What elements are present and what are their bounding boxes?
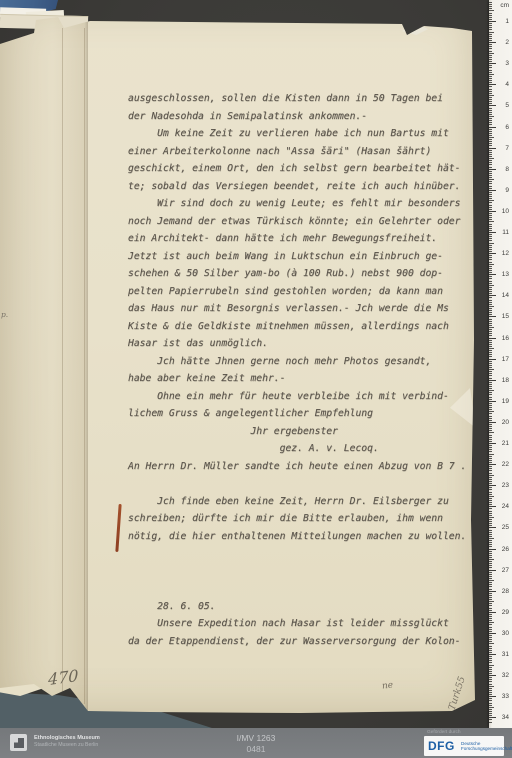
ruler-tick (489, 473, 492, 474)
ruler-tick (489, 209, 492, 210)
typed-line: Hasar ist das unmöglich. (128, 335, 474, 353)
typed-line: Jch finde eben keine Zeit, Herrn Dr. Eil… (128, 493, 474, 511)
ruler-tick (489, 428, 492, 429)
ruler-number: 19 (502, 398, 509, 405)
ruler-tick (489, 513, 492, 514)
ruler-tick (489, 399, 492, 400)
ruler-tick (489, 517, 494, 518)
ruler-number: 34 (502, 714, 509, 721)
ruler-tick (489, 105, 496, 106)
ruler-tick (489, 160, 492, 161)
ruler-tick (489, 59, 492, 60)
ruler-tick (489, 365, 492, 366)
ruler-tick (489, 300, 492, 301)
ruler-tick (489, 236, 492, 237)
ruler-tick (489, 224, 492, 225)
ruler-tick (489, 127, 496, 128)
ruler-tick (489, 283, 492, 284)
ruler-tick (489, 200, 494, 201)
ruler-tick (489, 230, 492, 231)
ruler-tick (489, 439, 492, 440)
ruler-tick (489, 681, 492, 682)
ruler-tick (489, 32, 494, 33)
typed-line: ausgeschlossen, sollen die Kisten dann i… (128, 90, 474, 108)
typed-line: lichem Gruss & angelegentlicher Empfehlu… (128, 405, 474, 423)
ruler-tick (489, 593, 492, 594)
ruler-tick (489, 521, 492, 522)
ruler-tick (489, 599, 492, 600)
typed-line: das Haus nur mit Besorgnis verlassen.- J… (128, 300, 474, 318)
ruler-tick (489, 67, 492, 68)
ruler-tick (489, 89, 492, 90)
typed-line: Jch hätte Jhnen gerne noch mehr Photos g… (128, 353, 474, 371)
ruler-tick (489, 158, 494, 159)
ruler-tick (489, 648, 492, 649)
ruler-tick (489, 696, 496, 697)
ruler-tick (489, 359, 496, 360)
typed-line: Jetzt ist auch beim Wang in Luktschun ei… (128, 248, 474, 266)
ruler-tick (489, 449, 492, 450)
ruler-tick (489, 460, 492, 461)
ruler-tick (489, 285, 494, 286)
ruler-tick (489, 207, 492, 208)
ruler-tick (489, 278, 492, 279)
ruler-tick (489, 243, 494, 244)
ruler-tick (489, 595, 492, 596)
typed-line: schreiben; dürfte ich mir die Bitte erla… (128, 510, 474, 528)
ruler-tick (489, 420, 492, 421)
ruler-tick (489, 483, 492, 484)
ruler-tick (489, 120, 492, 121)
ruler-tick (489, 677, 492, 678)
ruler-tick (489, 578, 492, 579)
ruler-tick (489, 576, 492, 577)
ruler-tick (489, 181, 492, 182)
ruler-tick (489, 470, 492, 471)
ruler-tick (489, 192, 492, 193)
ruler-tick (489, 4, 492, 5)
typed-line: nötig, die hier enthaltenen Mitteilungen… (128, 528, 474, 546)
ruler-tick (489, 346, 492, 347)
ruler-tick (489, 143, 492, 144)
ruler-tick (489, 356, 492, 357)
ruler-tick (489, 667, 492, 668)
ruler-tick (489, 690, 492, 691)
ruler-tick (489, 156, 492, 157)
ruler-tick (489, 57, 492, 58)
ruler-tick (489, 413, 492, 414)
ruler-tick (489, 464, 496, 465)
ruler-tick (489, 656, 492, 657)
ruler-tick (489, 99, 492, 100)
ruler-tick (489, 538, 494, 539)
ruler-tick (489, 352, 492, 353)
ruler-tick (489, 53, 494, 54)
ruler-tick (489, 384, 492, 385)
ruler-number: 18 (502, 377, 509, 384)
ruler-tick (489, 489, 492, 490)
ruler-tick (489, 703, 492, 704)
ruler-tick (489, 27, 492, 28)
ruler-tick (489, 498, 492, 499)
typed-letter-text: ausgeschlossen, sollen die Kisten dann i… (128, 90, 474, 650)
ruler-number: 14 (502, 292, 509, 299)
typed-line (128, 580, 474, 598)
typed-line: gez. A. v. Lecoq. (128, 440, 474, 458)
ruler-tick (489, 375, 492, 376)
document-page: ausgeschlossen, sollen die Kisten dann i… (0, 0, 478, 716)
ruler-tick (489, 629, 492, 630)
ruler-tick (489, 240, 492, 241)
ruler-tick (489, 700, 492, 701)
ruler-tick (489, 150, 492, 151)
ruler-tick (489, 51, 492, 52)
ruler-number: 4 (505, 81, 509, 88)
ruler-tick (489, 344, 492, 345)
ruler-tick (489, 567, 492, 568)
ruler-tick (489, 228, 492, 229)
ruler-tick (489, 382, 492, 383)
ruler-tick (489, 373, 492, 374)
ruler-tick (489, 276, 492, 277)
ruler-number: 31 (502, 651, 509, 658)
ruler-tick (489, 553, 492, 554)
ruler-tick (489, 555, 492, 556)
ruler-tick (489, 673, 492, 674)
ruler-tick (489, 618, 492, 619)
ruler-tick (489, 390, 494, 391)
ruler-tick (489, 443, 496, 444)
ruler-number: 21 (502, 440, 509, 447)
ruler-tick (489, 133, 492, 134)
ruler-tick (489, 266, 492, 267)
ruler-number: 26 (502, 546, 509, 553)
ruler-tick (489, 65, 492, 66)
ruler-tick (489, 380, 496, 381)
dfg-name: Deutsche Forschungsgemeinschaft (461, 741, 512, 752)
ruler-number: 2 (505, 39, 509, 46)
ruler-tick (489, 314, 492, 315)
ruler-tick (489, 297, 492, 298)
ruler-tick (489, 173, 492, 174)
ruler-tick (489, 432, 494, 433)
ruler-tick (489, 141, 492, 142)
ruler-tick (489, 454, 494, 455)
ruler-tick (489, 582, 492, 583)
ruler-tick (489, 570, 496, 571)
ruler-tick (489, 637, 492, 638)
ruler-tick (489, 40, 492, 41)
ruler-tick (489, 500, 492, 501)
ruler-tick (489, 61, 492, 62)
ruler-tick (489, 124, 492, 125)
ruler-tick (489, 95, 494, 96)
ruler-tick (489, 441, 492, 442)
ruler-tick (489, 226, 492, 227)
ruler-tick (489, 274, 496, 275)
ruler-number: 15 (502, 313, 509, 320)
ruler-tick (489, 10, 494, 11)
ruler-tick (489, 515, 492, 516)
ruler-number: 9 (505, 187, 509, 194)
ruler-tick (489, 435, 492, 436)
ruler-number: 7 (505, 145, 509, 152)
ruler-tick (489, 477, 492, 478)
ruler-tick (489, 308, 492, 309)
ruler-tick (489, 589, 492, 590)
typed-line: 28. 6. 05. (128, 598, 474, 616)
ruler-tick (489, 580, 494, 581)
ruler-tick (489, 479, 492, 480)
ruler-tick (489, 86, 492, 87)
ruler-tick (489, 325, 492, 326)
ruler-tick (489, 549, 496, 550)
ruler-unit-label: cm (500, 2, 509, 9)
ruler-tick (489, 219, 492, 220)
ruler-tick (489, 232, 496, 233)
ruler-tick (489, 572, 492, 573)
ruler-tick (489, 129, 492, 130)
ruler-number: 30 (502, 630, 509, 637)
ruler-tick (489, 259, 492, 260)
ruler-tick (489, 114, 492, 115)
ruler-tick (489, 238, 492, 239)
ruler-tick (489, 145, 492, 146)
ruler-tick (489, 468, 492, 469)
ruler-tick (489, 492, 492, 493)
ruler-tick (489, 247, 492, 248)
ruler-tick (489, 272, 492, 273)
ruler-tick (489, 333, 492, 334)
ruler-tick (489, 25, 492, 26)
ruler-tick (489, 705, 492, 706)
ruler-tick (489, 122, 492, 123)
ruler-tick (489, 671, 492, 672)
ruler-tick (489, 502, 492, 503)
ruler-tick (489, 456, 492, 457)
ruler-tick (489, 584, 492, 585)
ruler-tick (489, 152, 492, 153)
ruler-tick (489, 198, 492, 199)
ruler-tick (489, 688, 492, 689)
fold-line (62, 28, 63, 704)
ruler-number: 32 (502, 672, 509, 679)
ruler-tick (489, 405, 492, 406)
ruler-tick (489, 397, 492, 398)
ruler-tick (489, 211, 496, 212)
ruler-tick (489, 91, 492, 92)
typed-line: ein Architekt- dann hätte ich mehr Beweg… (128, 230, 474, 248)
scan-viewport: cm 1234567891011121314151617181920212223… (0, 0, 512, 758)
ruler-tick (489, 525, 492, 526)
ruler-tick (489, 139, 492, 140)
ruler-tick (489, 221, 494, 222)
ruler-tick (489, 679, 492, 680)
typed-line (128, 475, 474, 493)
ruler-number: 16 (502, 335, 509, 342)
ruler-tick (489, 213, 492, 214)
ruler-tick (489, 84, 496, 85)
dfg-name-line2: Forschungsgemeinschaft (461, 746, 512, 751)
ruler-tick (489, 196, 492, 197)
ruler-tick (489, 108, 492, 109)
ruler-tick (489, 331, 492, 332)
ruler-tick (489, 268, 492, 269)
ruler-tick (489, 154, 492, 155)
ruler-tick (489, 487, 492, 488)
ruler-tick (489, 135, 492, 136)
ruler-tick (489, 44, 492, 45)
ruler-tick (489, 137, 494, 138)
ruler-tick (489, 532, 492, 533)
ruler-tick (489, 665, 494, 666)
ruler-tick (489, 6, 492, 7)
ruler-tick (489, 622, 494, 623)
ruler-tick (489, 506, 496, 507)
ruler-tick (489, 179, 494, 180)
ruler-tick (489, 36, 492, 37)
ruler-tick (489, 601, 494, 602)
ruler-tick (489, 527, 496, 528)
ruler-tick (489, 698, 492, 699)
ruler-tick (489, 675, 496, 676)
ruler-tick (489, 48, 492, 49)
ruler-tick (489, 327, 494, 328)
ruler-tick (489, 321, 492, 322)
ruler-tick (489, 620, 492, 621)
ruler-tick (489, 401, 496, 402)
ruler-tick (489, 711, 492, 712)
typed-line: schehen & 50 Silber yam-bo (à 100 Rub.) … (128, 265, 474, 283)
ruler-tick (489, 340, 492, 341)
ruler-tick (489, 194, 492, 195)
viewer-footer: Ethnologisches Museum Staatliche Museen … (0, 728, 512, 758)
ruler-tick (489, 118, 492, 119)
ruler-tick (489, 386, 492, 387)
ruler-tick (489, 42, 496, 43)
ruler-number: 10 (502, 208, 509, 215)
ruler-tick (489, 270, 492, 271)
ruler-tick (489, 190, 496, 191)
ruler-tick (489, 97, 492, 98)
ruler-tick (489, 519, 492, 520)
ruler-tick (489, 544, 492, 545)
ruler-tick (489, 34, 492, 35)
funder-caption: Gefördert durch (427, 730, 461, 735)
ruler-tick (489, 504, 492, 505)
ruler-tick (489, 361, 492, 362)
ruler-tick (489, 612, 496, 613)
ruler-tick (489, 669, 492, 670)
typed-line: geschickt, einem Ort, den ich selbst ger… (128, 160, 474, 178)
ruler-tick (489, 287, 492, 288)
handwritten-margin-mark-p: p. (1, 310, 8, 319)
ruler-tick (489, 291, 492, 292)
ruler-number: 1 (505, 18, 509, 25)
ruler-tick (489, 21, 496, 22)
ruler-tick (489, 8, 492, 9)
dfg-logo: DFG Deutsche Forschungsgemeinschaft (424, 736, 504, 756)
ruler-number: 20 (502, 419, 509, 426)
ruler-tick (489, 167, 492, 168)
ruler-tick (489, 536, 492, 537)
ruler-tick (489, 169, 496, 170)
ruler-tick (489, 80, 492, 81)
ruler-tick (489, 713, 492, 714)
ruler-tick (489, 635, 492, 636)
ruler-number: 33 (502, 693, 509, 700)
ruler-tick (489, 281, 492, 282)
ruler-tick (489, 559, 494, 560)
ruler-tick (489, 563, 492, 564)
ruler-tick (489, 447, 492, 448)
fold-line (84, 28, 85, 704)
ruler-tick (489, 378, 492, 379)
ruler-tick (489, 654, 496, 655)
ruler-tick (489, 17, 492, 18)
ruler-tick (489, 335, 492, 336)
ruler-tick (489, 610, 492, 611)
ruler-tick (489, 38, 492, 39)
ruler-tick (489, 574, 492, 575)
ruler-tick (489, 481, 492, 482)
ruler-tick (489, 110, 492, 111)
ruler-tick (489, 633, 496, 634)
ruler-tick (489, 293, 492, 294)
ruler-tick (489, 684, 492, 685)
ruler-number: 24 (502, 503, 509, 510)
ruler-tick (489, 614, 492, 615)
ruler-tick (489, 55, 492, 56)
ruler-tick (489, 306, 494, 307)
typed-line: Wir sind doch zu wenig Leute; es fehlt m… (128, 195, 474, 213)
ruler-tick (489, 249, 492, 250)
ruler-tick (489, 171, 492, 172)
ruler-tick (489, 418, 492, 419)
ruler-tick (489, 164, 492, 165)
ruler-tick (489, 392, 492, 393)
ruler: cm 1234567891011121314151617181920212223… (489, 0, 512, 728)
ruler-tick (489, 508, 492, 509)
ruler-number: 11 (502, 229, 509, 236)
ruler-tick (489, 523, 492, 524)
ruler-tick (489, 565, 492, 566)
ruler-tick (489, 177, 492, 178)
ruler-tick (489, 205, 492, 206)
ruler-tick (489, 369, 494, 370)
ruler-tick (489, 437, 492, 438)
ruler-tick (489, 316, 496, 317)
ruler-tick (489, 494, 492, 495)
ruler-tick (489, 371, 492, 372)
ruler-tick (489, 82, 492, 83)
ruler-tick (489, 215, 492, 216)
ruler-number: 27 (502, 567, 509, 574)
typed-line: der Nadesohda in Semipalatinsk ankommen.… (128, 108, 474, 126)
typed-line: einer Arbeiterkolonne nach "Assa šäri" (… (128, 143, 474, 161)
ruler-tick (489, 407, 492, 408)
ruler-tick (489, 709, 492, 710)
ruler-tick (489, 422, 496, 423)
ruler-tick (489, 348, 494, 349)
ruler-tick (489, 162, 492, 163)
ruler-tick (489, 312, 492, 313)
ruler-tick (489, 188, 492, 189)
typed-line: Jhr ergebenster (128, 423, 474, 441)
ruler-tick (489, 722, 492, 723)
ruler-tick (489, 717, 496, 718)
ruler-tick (489, 63, 496, 64)
